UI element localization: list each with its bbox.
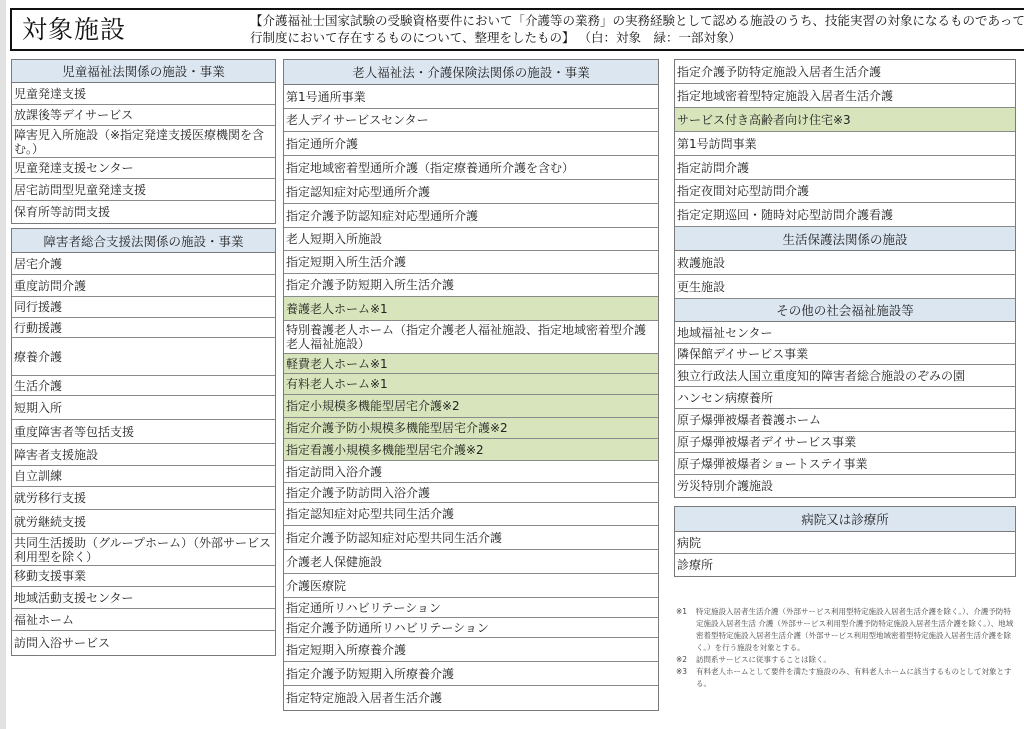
- list-item: 第1号訪問事業: [675, 132, 1015, 156]
- list-item: 独立行政法人国立重度知的障害者総合施設のぞみの園: [675, 365, 1015, 387]
- footnote-mark: ※1: [676, 606, 696, 654]
- list-item: 労災特別介護施設: [675, 475, 1015, 497]
- table-child-welfare: 児童福祉法関係の施設・事業 児童発達支援 放課後等デイサービス 障害児入所施設（…: [11, 59, 276, 224]
- list-item: 訪問入浴サービス: [12, 631, 275, 655]
- list-item: 共同生活援助（グループホーム）（外部サービス利用型を除く）: [12, 534, 275, 566]
- list-item: 指定介護予防認知症対応型通所介護: [284, 204, 658, 228]
- list-item: 隣保館デイサービス事業: [675, 344, 1015, 365]
- list-item: 指定地域密着型通所介護（指定療養通所介護を含む）: [284, 156, 658, 180]
- table-elderly-care-continued: 指定介護予防特定施設入居者生活介護 指定地域密着型特定施設入居者生活介護 サービ…: [674, 59, 1016, 498]
- title-box: 対象施設 【介護福祉士国家試験の受験資格要件において「介護等の業務」の実務経験と…: [10, 8, 1024, 51]
- list-item: 福祉ホーム: [12, 609, 275, 631]
- list-item: 指定通所介護: [284, 132, 658, 156]
- footnote-text: 訪問系サービスに従事することは除く。: [696, 654, 831, 666]
- list-item: 更生施設: [675, 275, 1015, 299]
- list-item: 指定定期巡回・随時対応型訪問介護看護: [675, 203, 1015, 227]
- list-item: 診療所: [675, 554, 1015, 576]
- list-item: 指定地域密着型特定施設入居者生活介護: [675, 84, 1015, 108]
- title-description: 【介護福祉士国家試験の受験資格要件において「介護等の業務」の実務経験として認める…: [250, 12, 1024, 46]
- table-hospital-clinic: 病院又は診療所 病院 診療所: [674, 506, 1016, 577]
- list-item: 原子爆弾被爆者デイサービス事業: [675, 432, 1015, 453]
- list-item: 指定介護予防短期入所療養介護: [284, 662, 658, 686]
- list-item: 保育所等訪問支援: [12, 201, 275, 223]
- section-header: 生活保護法関係の施設: [675, 227, 1015, 251]
- list-item: 老人短期入所施設: [284, 228, 658, 251]
- description-line-2: 行制度において存在するものについて、整理をしたもの】 （白：対象 緑：一部対象）: [250, 29, 1024, 46]
- section-header: 老人福祉法・介護保険法関係の施設・事業: [284, 60, 658, 85]
- list-item: 第1号通所事業: [284, 85, 658, 109]
- list-item: 指定介護予防短期入所生活介護: [284, 274, 658, 297]
- list-item: 指定介護予防特定施設入居者生活介護: [675, 60, 1015, 84]
- list-item: 就労継続支援: [12, 510, 275, 534]
- list-item: 特別養護老人ホーム（指定介護老人福祉施設、指定地域密着型介護老人福祉施設）: [284, 321, 658, 354]
- list-item: 指定夜間対応型訪問介護: [675, 180, 1015, 203]
- table-elderly-care: 老人福祉法・介護保険法関係の施設・事業 第1号通所事業 老人デイサービスセンター…: [283, 59, 659, 711]
- list-item-partial: 養護老人ホーム※1: [284, 297, 658, 321]
- list-item: 居宅介護: [12, 253, 275, 275]
- section-header: 病院又は診療所: [675, 507, 1015, 532]
- list-item: 行動援護: [12, 318, 275, 338]
- list-item: 指定介護予防訪問入浴介護: [284, 483, 658, 503]
- list-item: 指定短期入所生活介護: [284, 251, 658, 274]
- page-title: 対象施設: [22, 14, 126, 46]
- column-2: 老人福祉法・介護保険法関係の施設・事業 第1号通所事業 老人デイサービスセンター…: [283, 59, 659, 711]
- section-header: その他の社会福祉施設等: [675, 299, 1015, 322]
- list-item: 介護老人保健施設: [284, 550, 658, 574]
- column-3: 指定介護予防特定施設入居者生活介護 指定地域密着型特定施設入居者生活介護 サービ…: [674, 59, 1016, 577]
- footnote-3: ※3 有料老人ホームとして要件を満たす施設のみ、有料老人ホームに該当するものとし…: [676, 666, 1016, 690]
- list-item: 介護医療院: [284, 574, 658, 598]
- list-item-partial: 軽費老人ホーム※1: [284, 354, 658, 374]
- footnote-mark: ※2: [676, 654, 696, 666]
- footnote-1: ※1 特定施設入居者生活介護（外部サービス利用型特定施設入居者生活介護を除く。）…: [676, 606, 1016, 654]
- list-item: 指定介護予防通所リハビリテーション: [284, 618, 658, 638]
- list-item: 指定短期入所療養介護: [284, 638, 658, 662]
- list-item: 指定訪問介護: [675, 156, 1015, 180]
- list-item: 同行援護: [12, 297, 275, 318]
- footnote-text: 特定施設入居者生活介護（外部サービス利用型特定施設入居者生活介護を除く。）、介護…: [696, 606, 1016, 654]
- list-item: 児童発達支援: [12, 83, 275, 105]
- description-line-1: 【介護福祉士国家試験の受験資格要件において「介護等の業務」の実務経験として認める…: [250, 12, 1024, 29]
- list-item-partial: 指定小規模多機能型居宅介護※2: [284, 395, 658, 418]
- list-item: 放課後等デイサービス: [12, 105, 275, 126]
- list-item: 就労移行支援: [12, 487, 275, 510]
- list-item: ハンセン病療養所: [675, 387, 1015, 409]
- list-item-partial: サービス付き高齢者向け住宅※3: [675, 108, 1015, 132]
- footnotes: ※1 特定施設入居者生活介護（外部サービス利用型特定施設入居者生活介護を除く。）…: [676, 606, 1016, 690]
- list-item: 病院: [675, 532, 1015, 554]
- list-item: 障害児入所施設（※指定発達支援医療機関を含む。）: [12, 126, 275, 158]
- footnote-2: ※2 訪問系サービスに従事することは除く。: [676, 654, 1016, 666]
- section-header: 児童福祉法関係の施設・事業: [12, 60, 275, 83]
- list-item: 生活介護: [12, 376, 275, 396]
- list-item: 移動支援事業: [12, 566, 275, 587]
- list-item: 児童発達支援センター: [12, 158, 275, 179]
- list-item: 原子爆弾被爆者ショートステイ事業: [675, 453, 1015, 475]
- list-item: 指定訪問入浴介護: [284, 461, 658, 483]
- list-item: 原子爆弾被爆者養護ホーム: [675, 409, 1015, 432]
- list-item: 指定介護予防認知症対応型共同生活介護: [284, 526, 658, 550]
- list-item: 重度障害者等包括支援: [12, 420, 275, 444]
- list-item: 自立訓練: [12, 466, 275, 487]
- list-item-partial: 有料老人ホーム※1: [284, 374, 658, 395]
- section-header: 障害者総合支援法関係の施設・事業: [12, 229, 275, 253]
- left-edge-bar: [0, 0, 6, 729]
- footnote-mark: ※3: [676, 666, 696, 690]
- list-item: 地域福祉センター: [675, 322, 1015, 344]
- list-item: 居宅訪問型児童発達支援: [12, 179, 275, 201]
- list-item: 老人デイサービスセンター: [284, 109, 658, 132]
- list-item: 短期入所: [12, 396, 275, 420]
- column-1: 児童福祉法関係の施設・事業 児童発達支援 放課後等デイサービス 障害児入所施設（…: [11, 59, 276, 656]
- list-item: 指定通所リハビリテーション: [284, 598, 658, 618]
- table-disability-support: 障害者総合支援法関係の施設・事業 居宅介護 重度訪問介護 同行援護 行動援護 療…: [11, 228, 276, 656]
- list-item: 障害者支援施設: [12, 444, 275, 466]
- footnote-text: 有料老人ホームとして要件を満たす施設のみ、有料老人ホームに該当するものとして対象…: [696, 666, 1016, 690]
- list-item: 救護施設: [675, 251, 1015, 275]
- list-item-partial: 指定介護予防小規模多機能型居宅介護※2: [284, 418, 658, 439]
- list-item: 地域活動支援センター: [12, 587, 275, 609]
- list-item: 指定認知症対応型共同生活介護: [284, 503, 658, 526]
- list-item-partial: 指定看護小規模多機能型居宅介護※2: [284, 439, 658, 461]
- list-item: 重度訪問介護: [12, 275, 275, 297]
- list-item: 指定特定施設入居者生活介護: [284, 686, 658, 710]
- list-item: 療養介護: [12, 338, 275, 376]
- list-item: 指定認知症対応型通所介護: [284, 180, 658, 204]
